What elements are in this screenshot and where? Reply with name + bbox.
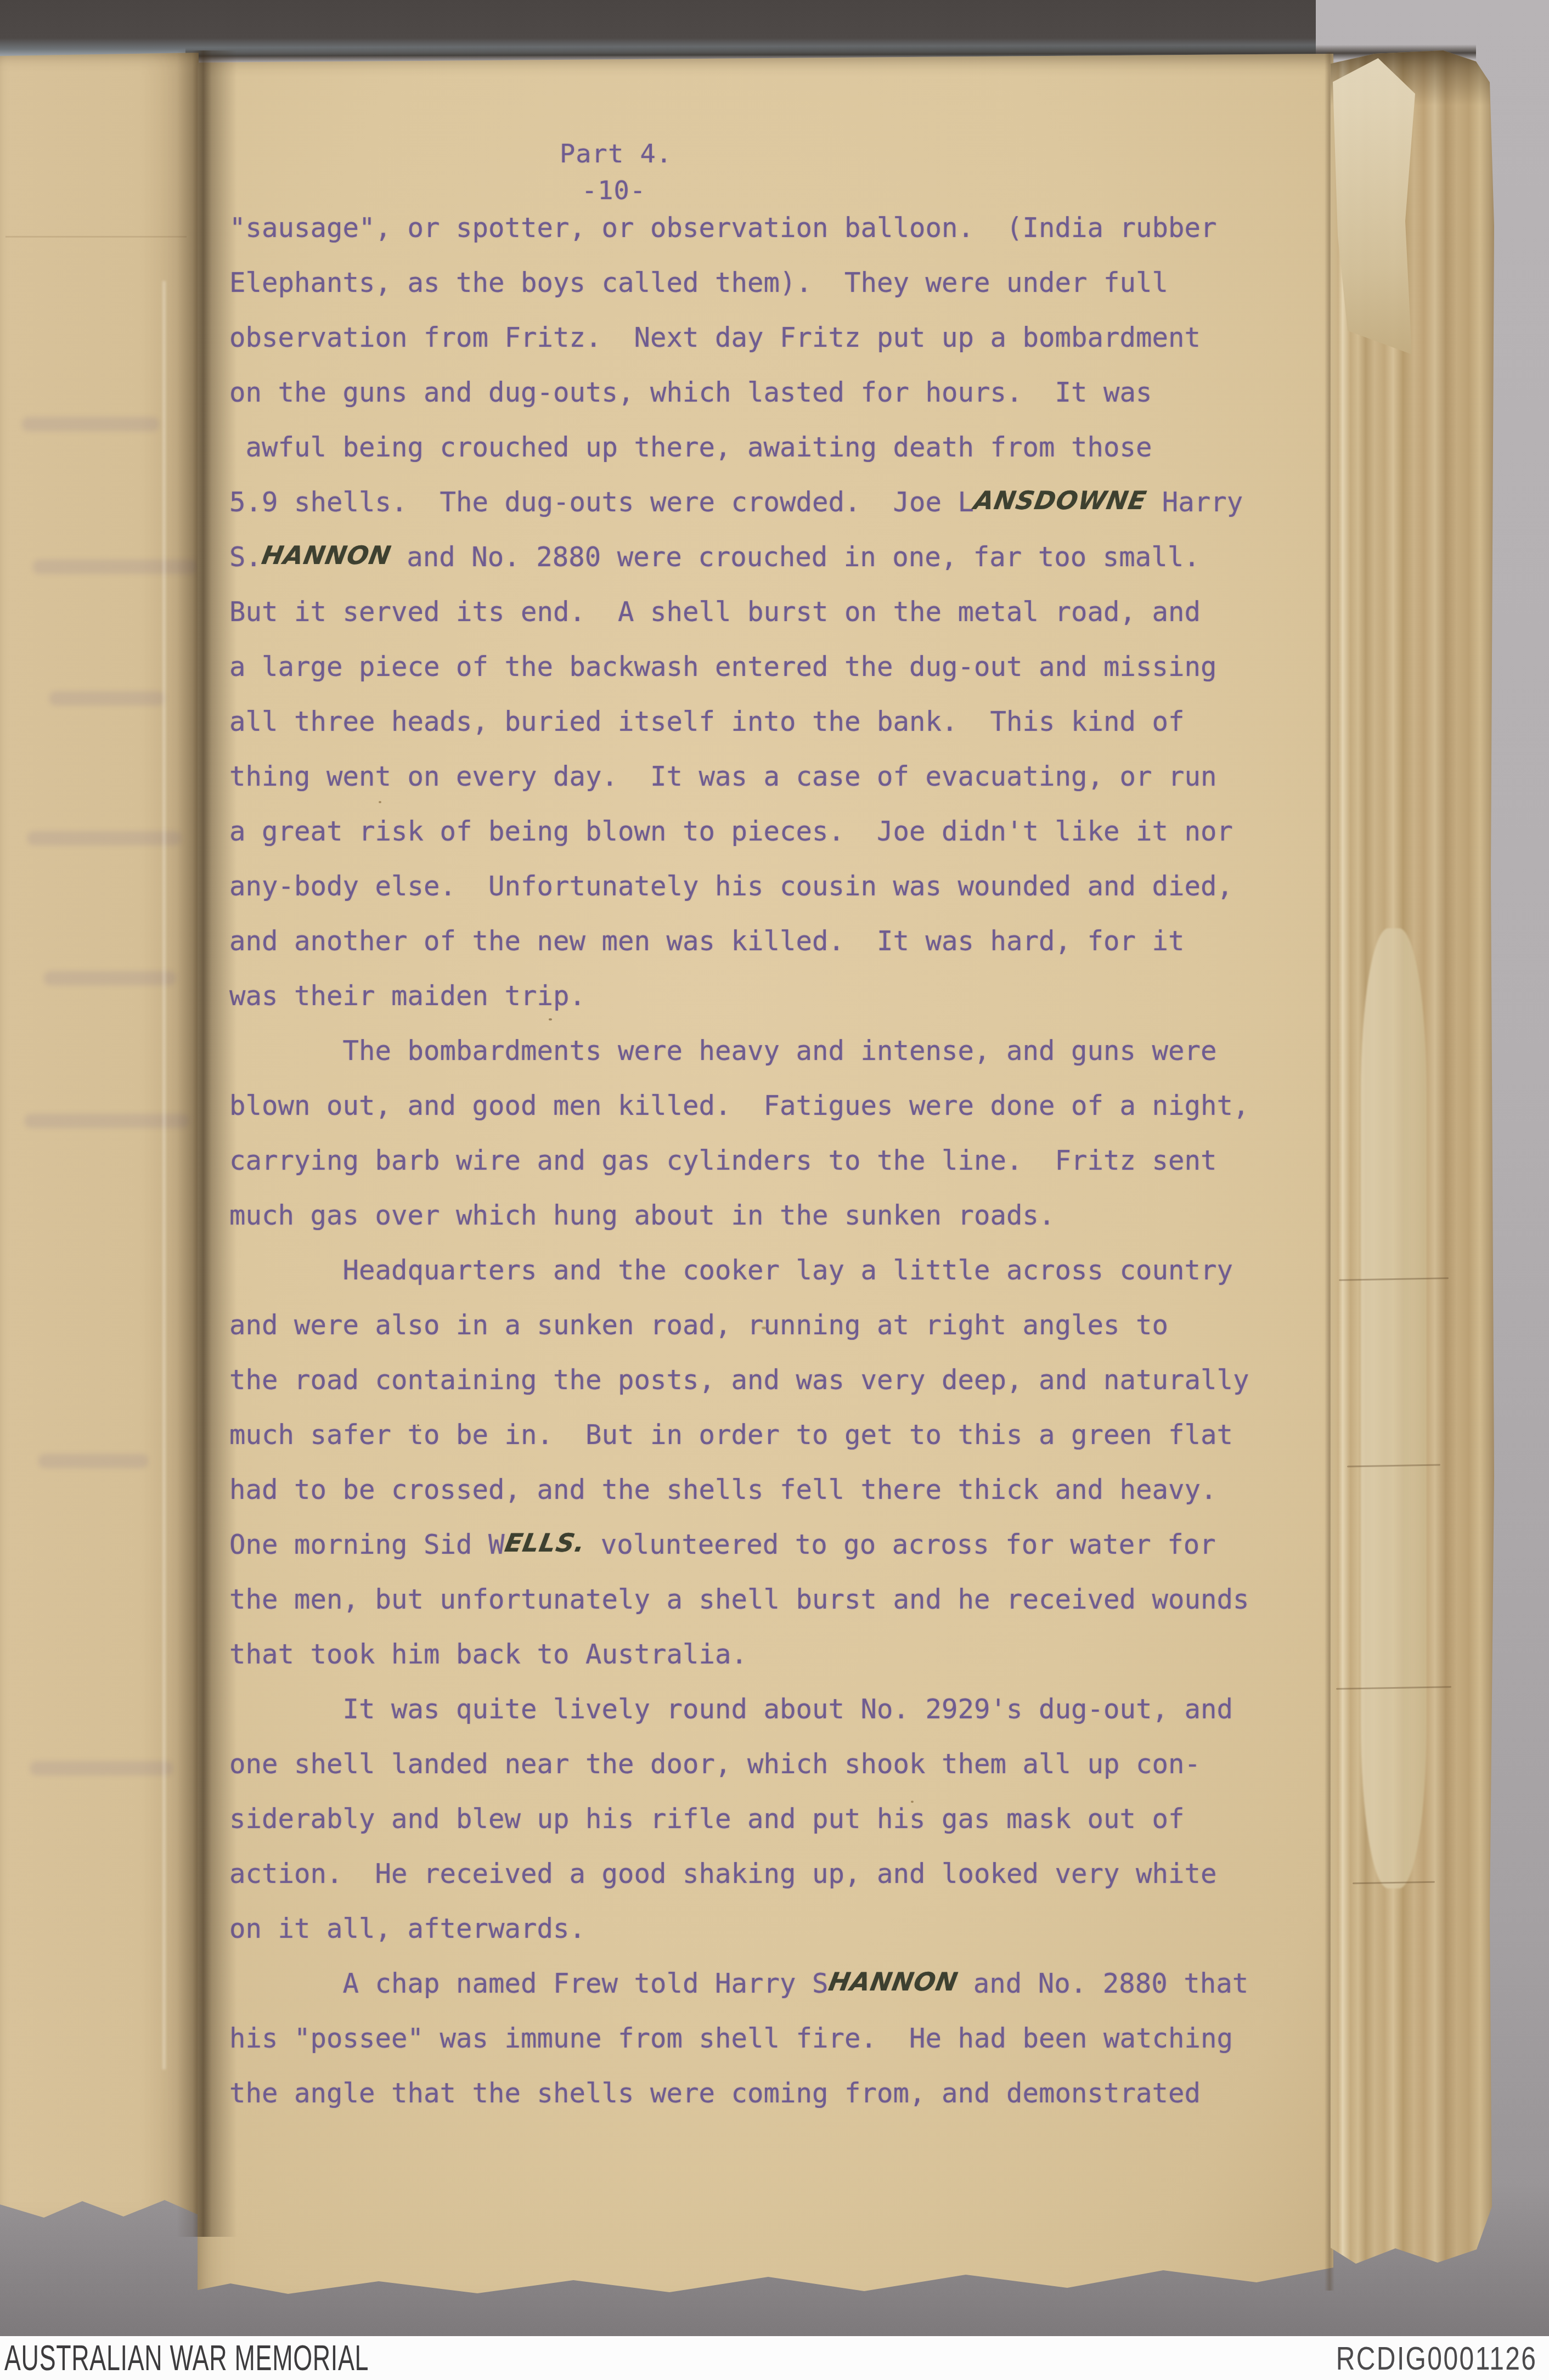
typed-line: much gas over which hung about in the su…: [229, 1188, 1316, 1243]
handwritten-annotation: HANNON: [257, 528, 396, 583]
gutter-shadow: [177, 50, 237, 2237]
typed-text: any-body else. Unfortunately his cousin …: [229, 871, 1233, 902]
handwritten-annotation: ELLS.: [500, 1515, 589, 1570]
typed-line: the angle that the shells were coming fr…: [229, 2066, 1316, 2121]
typed-text: carrying barb wire and gas cylinders to …: [229, 1145, 1217, 1176]
typed-text: and another of the new men was killed. I…: [229, 926, 1185, 957]
typed-line: on the guns and dug-outs, which lasted f…: [229, 365, 1316, 420]
typed-text: had to be crossed, and the shells fell t…: [229, 1474, 1217, 1505]
typed-text: his "possee" was immune from shell fire.…: [229, 2023, 1233, 2054]
typed-line: the road containing the posts, and was v…: [229, 1353, 1316, 1408]
typed-line: It was quite lively round about No. 2929…: [229, 1682, 1316, 1737]
typed-text: Headquarters and the cooker lay a little…: [229, 1255, 1233, 1286]
typed-line: thing went on every day. It was a case o…: [229, 749, 1316, 804]
paper-speck: [549, 1018, 552, 1020]
bleedthrough-smudge: [22, 417, 159, 431]
torn-paper-flap: [1361, 928, 1427, 1888]
typed-text: Harry: [1146, 487, 1243, 518]
typed-text: was their maiden trip.: [229, 980, 585, 1012]
typed-line: any-body else. Unfortunately his cousin …: [229, 859, 1316, 914]
typed-line: But it served its end. A shell burst on …: [229, 585, 1316, 640]
typed-line: the men, but unfortunately a shell burst…: [229, 1572, 1316, 1627]
typed-text-block: "sausage", or spotter, or observation ba…: [229, 201, 1316, 2121]
typed-text: on the guns and dug-outs, which lasted f…: [229, 377, 1152, 408]
typed-line: a great risk of being blown to pieces. J…: [229, 804, 1316, 859]
typed-line: much safer to be in. But in order to get…: [229, 1408, 1316, 1463]
footer-bar: AUSTRALIAN WAR MEMORIAL RCDIG0001126: [0, 2336, 1549, 2380]
bleedthrough-smudge: [33, 560, 198, 574]
torn-paper-flap: [1333, 58, 1415, 354]
typed-text: a great risk of being blown to pieces. J…: [229, 816, 1233, 847]
typed-text: the men, but unfortunately a shell burst…: [229, 1584, 1249, 1615]
paper-speck: [762, 1327, 766, 1329]
typed-text: A chap named Frew told Harry S: [229, 1968, 829, 1999]
typed-line: carrying barb wire and gas cylinders to …: [229, 1133, 1316, 1188]
paper-speck: [417, 1424, 419, 1426]
typed-line: blown out, and good men killed. Fatigues…: [229, 1079, 1316, 1133]
typed-text: on it all, afterwards.: [229, 1913, 585, 1944]
bleedthrough-smudge: [49, 691, 165, 706]
typed-text: all three heads, buried itself into the …: [229, 706, 1185, 737]
typed-text: and No. 2880 were crouched in one, far t…: [391, 542, 1200, 573]
typed-line: Headquarters and the cooker lay a little…: [229, 1243, 1316, 1298]
typed-line: all three heads, buried itself into the …: [229, 695, 1316, 749]
typed-text: a large piece of the backwash entered th…: [229, 651, 1217, 683]
typed-line: action. He received a good shaking up, a…: [229, 1847, 1316, 1902]
typed-text: the angle that the shells were coming fr…: [229, 2078, 1201, 2109]
typed-text: and were also in a sunken road, running …: [229, 1310, 1168, 1341]
typed-line: one shell landed near the door, which sh…: [229, 1737, 1316, 1792]
typed-line: One morning Sid WELLS. volunteered to go…: [229, 1518, 1316, 1572]
handwritten-annotation: ANSDOWNE: [970, 473, 1151, 528]
typed-line: "sausage", or spotter, or observation ba…: [229, 201, 1316, 256]
typed-text: much gas over which hung about in the su…: [229, 1200, 1055, 1231]
typed-line: that took him back to Australia.: [229, 1627, 1316, 1682]
typed-line: on it all, afterwards.: [229, 1902, 1316, 1956]
typed-text: One morning Sid W: [229, 1529, 505, 1560]
typed-text: and No. 2880 that: [957, 1968, 1248, 1999]
typed-text: one shell landed near the door, which sh…: [229, 1749, 1201, 1780]
typed-text: observation from Fritz. Next day Fritz p…: [229, 322, 1201, 353]
typed-text: The bombardments were heavy and intense,…: [229, 1035, 1217, 1067]
typed-line: a large piece of the backwash entered th…: [229, 640, 1316, 695]
paper-speck: [379, 801, 381, 803]
typed-text: Elephants, as the boys called them). The…: [229, 267, 1168, 298]
typed-text: siderably and blew up his rifle and put …: [229, 1803, 1185, 1835]
typed-line: siderably and blew up his rifle and put …: [229, 1792, 1316, 1847]
typed-line: awful being crouched up there, awaiting …: [229, 420, 1316, 475]
scanned-book-page: Part 4. -10- "sausage", or spotter, or o…: [0, 0, 1549, 2380]
bleedthrough-smudge: [30, 1761, 173, 1775]
typed-text: much safer to be in. But in order to get…: [229, 1419, 1233, 1451]
typed-line: his "possee" was immune from shell fire.…: [229, 2011, 1316, 2066]
typed-text: action. He received a good shaking up, a…: [229, 1858, 1217, 1890]
typed-text: "sausage", or spotter, or observation ba…: [229, 212, 1217, 244]
reference-id: RCDIG0001126: [1336, 2339, 1537, 2377]
typed-text: that took him back to Australia.: [229, 1639, 747, 1670]
paper-speck: [911, 1801, 914, 1803]
typed-line: 5.9 shells. The dug-outs were crowded. J…: [229, 475, 1316, 530]
page-fore-edge-stack: [1331, 50, 1494, 2292]
bleedthrough-smudge: [38, 1454, 148, 1468]
typed-text: It was quite lively round about No. 2929…: [229, 1694, 1233, 1725]
document-page: Part 4. -10- "sausage", or spotter, or o…: [198, 54, 1333, 2300]
typed-text: the road containing the posts, and was v…: [229, 1364, 1249, 1396]
typed-line: The bombardments were heavy and intense,…: [229, 1024, 1316, 1079]
typed-text: thing went on every day. It was a case o…: [229, 761, 1217, 792]
typed-line: observation from Fritz. Next day Fritz p…: [229, 311, 1316, 365]
typed-line: and were also in a sunken road, running …: [229, 1298, 1316, 1353]
bleedthrough-smudge: [27, 831, 181, 845]
typed-text: blown out, and good men killed. Fatigues…: [229, 1090, 1249, 1121]
typed-line: and another of the new men was killed. I…: [229, 914, 1316, 969]
page-fold-line: [162, 281, 166, 2069]
page-crease: [5, 236, 187, 238]
typed-line: Elephants, as the boys called them). The…: [229, 256, 1316, 311]
typed-text: awful being crouched up there, awaiting …: [229, 432, 1152, 463]
typed-line: A chap named Frew told Harry SHANNON and…: [229, 1956, 1316, 2011]
part-heading: Part 4.: [560, 139, 672, 169]
typed-line: had to be crossed, and the shells fell t…: [229, 1463, 1316, 1518]
typed-text: 5.9 shells. The dug-outs were crowded. J…: [229, 487, 974, 518]
typed-text: volunteered to go across for water for: [584, 1529, 1216, 1560]
bleedthrough-smudge: [44, 971, 176, 985]
typed-line: S.HANNON and No. 2880 were crouched in o…: [229, 530, 1316, 585]
typed-text: But it served its end. A shell burst on …: [229, 596, 1201, 628]
archive-name: AUSTRALIAN WAR MEMORIAL: [4, 2338, 369, 2378]
handwritten-annotation: HANNON: [824, 1954, 962, 2009]
typed-line: was their maiden trip.: [229, 969, 1316, 1024]
previous-page-edge: [0, 50, 199, 2223]
